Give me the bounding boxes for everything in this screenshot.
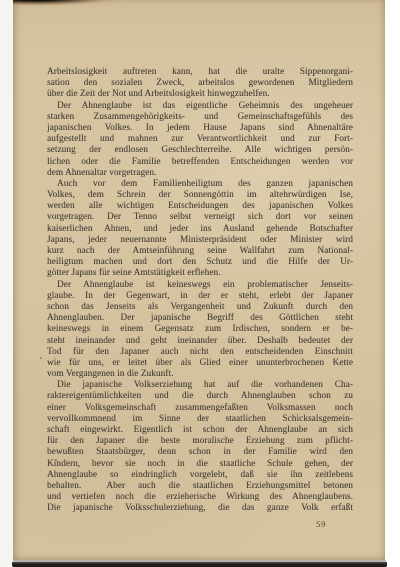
page-number: 59 <box>316 519 326 529</box>
text-line: über die Zeit der Not und Arbeitslosigke… <box>47 88 353 99</box>
text-line: einer Volksgemeinschaft zusammengefaßten… <box>47 402 353 413</box>
text-line: raktereigentümlichkeiten und die durch A… <box>47 390 353 401</box>
text-line: sation den sozialen Zweck, arbeitslos ge… <box>47 77 353 88</box>
text-line: steht ineinander und geht ineinander übe… <box>47 335 353 346</box>
text-line: lichen oder die Familie betreffenden Ent… <box>47 156 353 167</box>
scan-shadow-top-left <box>13 0 133 16</box>
text-line: Japans, jeder neuernannte Ministerpräsid… <box>47 234 353 245</box>
text-line: Die japanische Volksschulerziehung, die … <box>47 502 353 513</box>
text-line: keineswegs in einem Gegensatz zum Irdisc… <box>47 323 353 334</box>
text-line: Die japanische Volkserziehung hat auf di… <box>47 379 353 390</box>
text-line: Kindern, bevor sie noch in die staatlich… <box>47 458 353 469</box>
ink-speck <box>55 459 57 461</box>
text-line: vervollkommnend im Sinne der staatlichen… <box>47 413 353 424</box>
text-line: wie für uns, er leitet über als Glied ei… <box>47 357 353 368</box>
text-line: aufgestellt und mahnen zur Verantwortlic… <box>47 133 353 144</box>
book-page: Arbeitslosigkeit auftreten kann, hat die… <box>13 0 385 561</box>
text-line: behalten. Aber auch die staatlichen Erzi… <box>47 480 353 491</box>
text-line: dem Ahnenaltar vorgetragen. <box>47 167 353 178</box>
text-line: Der Ahnenglaube ist keineswegs ein probl… <box>47 279 353 290</box>
text-line: Arbeitslosigkeit auftreten kann, hat die… <box>47 66 353 77</box>
text-line: glaube. In der Gegenwart, in der er steh… <box>47 290 353 301</box>
text-line: japanischen Volkes. In jedem Hause Japan… <box>47 122 353 133</box>
text-line: vorgetragen. Der Tenno selbst verneigt s… <box>47 211 353 222</box>
text-line: bewußten Staatsbürger, denn schon in der… <box>47 446 353 457</box>
text-line: götter Japans für seine Amtstätigkeit er… <box>47 267 353 278</box>
text-line: Ahnenglaube so eindringlich vorgelebt, d… <box>47 469 353 480</box>
scanned-book-page: Arbeitslosigkeit auftreten kann, hat die… <box>0 0 400 567</box>
text-line: und vertiefen noch die erzieherische Wir… <box>47 491 353 502</box>
text-line: Auch vor dem Familienheiligtum des ganze… <box>47 178 353 189</box>
text-line: Ahnenglauben. Der japanische Begriff des… <box>47 312 353 323</box>
text-line: vom Vergangenen in die Zukunft. <box>47 368 353 379</box>
text-line: schon das Jenseits als Vergangenheit und… <box>47 301 353 312</box>
text-line: für den Japaner die beste moralische Erz… <box>47 435 353 446</box>
page-text: Arbeitslosigkeit auftreten kann, hat die… <box>47 66 353 514</box>
text-line: Der Ahnenglaube ist das eigentliche Gehe… <box>47 100 353 111</box>
text-line: kurz nach der Amtseinführung seine Wallf… <box>47 245 353 256</box>
text-line: starken Zusammengehörigkeits- und Gemein… <box>47 111 353 122</box>
text-line: werden alle wichtigen Entscheidungen des… <box>47 200 353 211</box>
text-line: heiligtum machen und dort den Schutz und… <box>47 256 353 267</box>
text-line: setzung der endlosen Geschlechterreihe. … <box>47 144 353 155</box>
text-line: Tod für den Japaner auch nicht den entsc… <box>47 346 353 357</box>
text-line: Volkes, dem Schrein der Sonnengöttin im … <box>47 189 353 200</box>
text-line: schaft eingewirkt. Eigentlich ist schon … <box>47 424 353 435</box>
book-edge-shadow <box>12 562 387 567</box>
ink-speck <box>40 357 42 359</box>
text-line: kaiserlichen Ahnen, und jeder ins Auslan… <box>47 223 353 234</box>
